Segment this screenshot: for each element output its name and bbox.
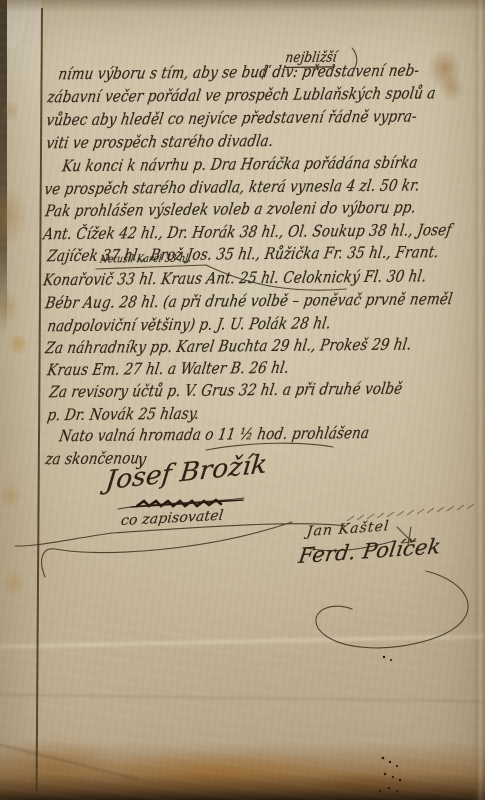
handwriting-line: Ant. Čížek 42 hl., Dr. Horák 38 hl., Ol.… [42, 221, 453, 244]
scanned-minutes-page: nímu výboru s tím, aby se buď div: předs… [0, 0, 485, 800]
fox-stain [2, 100, 20, 122]
fox-stain [2, 568, 26, 598]
scan-edge-shadow [0, 0, 7, 335]
handwriting-line: Ku konci k návrhu p. Dra Horáčka pořádán… [61, 153, 419, 176]
handwriting-line: nímu výboru s tím, aby se buď div: předs… [57, 61, 421, 84]
right-fold-line [473, 0, 485, 800]
crossed-out-strike [131, 500, 243, 507]
handwriting-line: nadpoloviční většiny) p. J. U. Polák 28 … [46, 314, 332, 336]
fox-stain [0, 290, 20, 324]
handwriting-line: viti ve prospěch starého divadla. [45, 132, 275, 153]
handwriting-line: ve prospěch starého divadla, která vynes… [43, 176, 421, 199]
signature-underline [118, 498, 244, 509]
paper-crease [0, 635, 485, 648]
handwriting-line: Za revisory účtů p. V. Grus 32 hl. a při… [48, 379, 404, 402]
hatch-marks [347, 504, 474, 521]
fox-stain [8, 333, 28, 355]
role-underline-flourish [15, 524, 345, 546]
handwriting-line: Pak prohlášen výsledek voleb a zvoleni d… [44, 198, 417, 221]
paper-crease [0, 694, 485, 703]
bottom-burn-stain [0, 742, 485, 800]
witness-signature: Jan Kaštel [306, 518, 390, 540]
handwriting-line: Kraus Em. 27 hl. a Walter B. 26 hl. [46, 359, 290, 380]
interlinear-insertion: nejbližší [284, 49, 338, 68]
top-edge-shadow [0, 0, 485, 12]
witness-signature: Ferd. Políček [297, 534, 442, 568]
crossed-out-scribble [137, 500, 221, 506]
handwriting-line: Bébr Aug. 28 hl. (a při druhé volbě – po… [44, 290, 454, 313]
fox-stain [0, 483, 22, 509]
handwriting-line: Za náhradníky pp. Karel Buchta 29 hl., P… [44, 335, 413, 358]
handwriting-line: Konařovič 33 hl. Kraus Ant. 25 hl. Celok… [42, 267, 428, 290]
fox-stain [440, 74, 464, 102]
interlinear-insertion: Netušil Karel 33 hl. [99, 253, 192, 266]
handwriting-line: vůbec aby hleděl co nejvíce představení … [45, 107, 418, 130]
large-left-arc [42, 522, 292, 577]
secretary-role-label: co zapisovatel [120, 508, 224, 529]
handwriting-line: zábavní večer pořádal ve prospěch Lublaň… [46, 84, 437, 107]
handwriting-line: p. Dr. Novák 25 hlasy. [46, 405, 201, 425]
handwriting-line: Nato valná hromada o 11 ½ hod. prohlášen… [58, 424, 371, 446]
